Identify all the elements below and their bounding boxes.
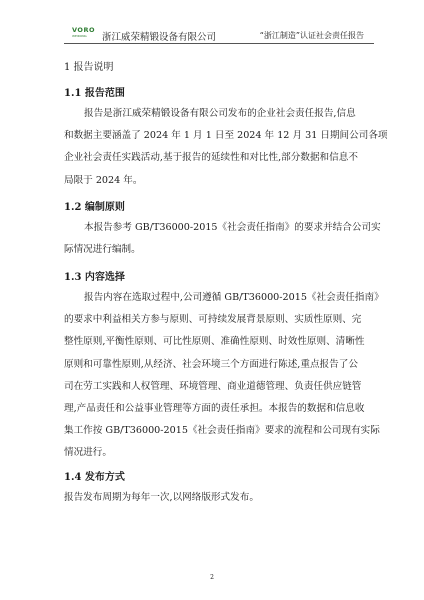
text-line: 整性原则,平衡性原则、可比性原则、准确性原则、时效性原则、清晰性 (64, 331, 364, 353)
company-logo: VORO WEIRONG (72, 27, 102, 41)
text-line: 际情况进行编制。 (64, 239, 364, 261)
text-line: 报告发布周期为每年一次,以网络版形式发布。 (64, 487, 364, 509)
paragraph-principles: 本报告参考 GB/T36000-2015《社会责任指南》的要求并结合公司实 际情… (64, 217, 364, 261)
text-line: 本报告参考 GB/T36000-2015《社会责任指南》的要求并结合公司实 (64, 217, 364, 239)
section-heading-1-2: 1.2 编制原则 (64, 198, 125, 213)
text-line: 局限于 2024 年。 (64, 170, 364, 192)
text-line: 报告内容在选取过程中,公司遵循 GB/T36000-2015《社会责任指南》 (64, 287, 364, 309)
text-line: 理,产品责任和公益事业管理等方面的责任承担。本报告的数据和信息收 (64, 398, 364, 420)
report-title: “浙江制造”认证社会责任报告 (260, 30, 364, 41)
text-line: 集工作按 GB/T36000-2015《社会责任指南》要求的流程和公司现有实际 (64, 420, 364, 442)
text-line: 和数据主要涵盖了 2024 年 1 月 1 日至 2024 年 12 月 31 … (64, 125, 364, 147)
section-heading-1: 1 报告说明 (64, 58, 114, 73)
text-line: 的要求中利益相关方参与原则、可持续发展背景原则、实质性原则、完 (64, 309, 364, 331)
paragraph-content-selection: 报告内容在选取过程中,公司遵循 GB/T36000-2015《社会责任指南》 的… (64, 287, 364, 465)
text-line: 报告是浙江威荣精锻设备有限公司发布的企业社会责任报告,信息 (64, 103, 364, 125)
logo-subtext: WEIRONG (72, 34, 102, 38)
text-line: 原则和可靠性原则,从经济、社会环境三个方面进行陈述,重点报告了公 (64, 354, 364, 376)
paragraph-report-scope: 报告是浙江威荣精锻设备有限公司发布的企业社会责任报告,信息 和数据主要涵盖了 2… (64, 103, 364, 192)
text-line: 企业社会责任实践活动,基于报告的延续性和对比性,部分数据和信息不 (64, 147, 364, 169)
section-heading-1-1: 1.1 报告范围 (64, 84, 125, 99)
section-heading-1-4: 1.4 发布方式 (64, 468, 125, 483)
text-line: 司在劳工实践和人权管理、环境管理、商业道德管理、负责任供应链管 (64, 376, 364, 398)
text-line: 情况进行。 (64, 442, 364, 464)
paragraph-publishing: 报告发布周期为每年一次,以网络版形式发布。 (64, 487, 364, 509)
page-header: VORO WEIRONG 浙江威荣精锻设备有限公司 “浙江制造”认证社会责任报告 (64, 26, 374, 44)
logo-wordmark: VORO (72, 27, 102, 34)
section-heading-1-3: 1.3 内容选择 (64, 268, 125, 283)
company-name: 浙江威荣精锻设备有限公司 (102, 29, 216, 43)
page-number: 2 (0, 574, 424, 581)
